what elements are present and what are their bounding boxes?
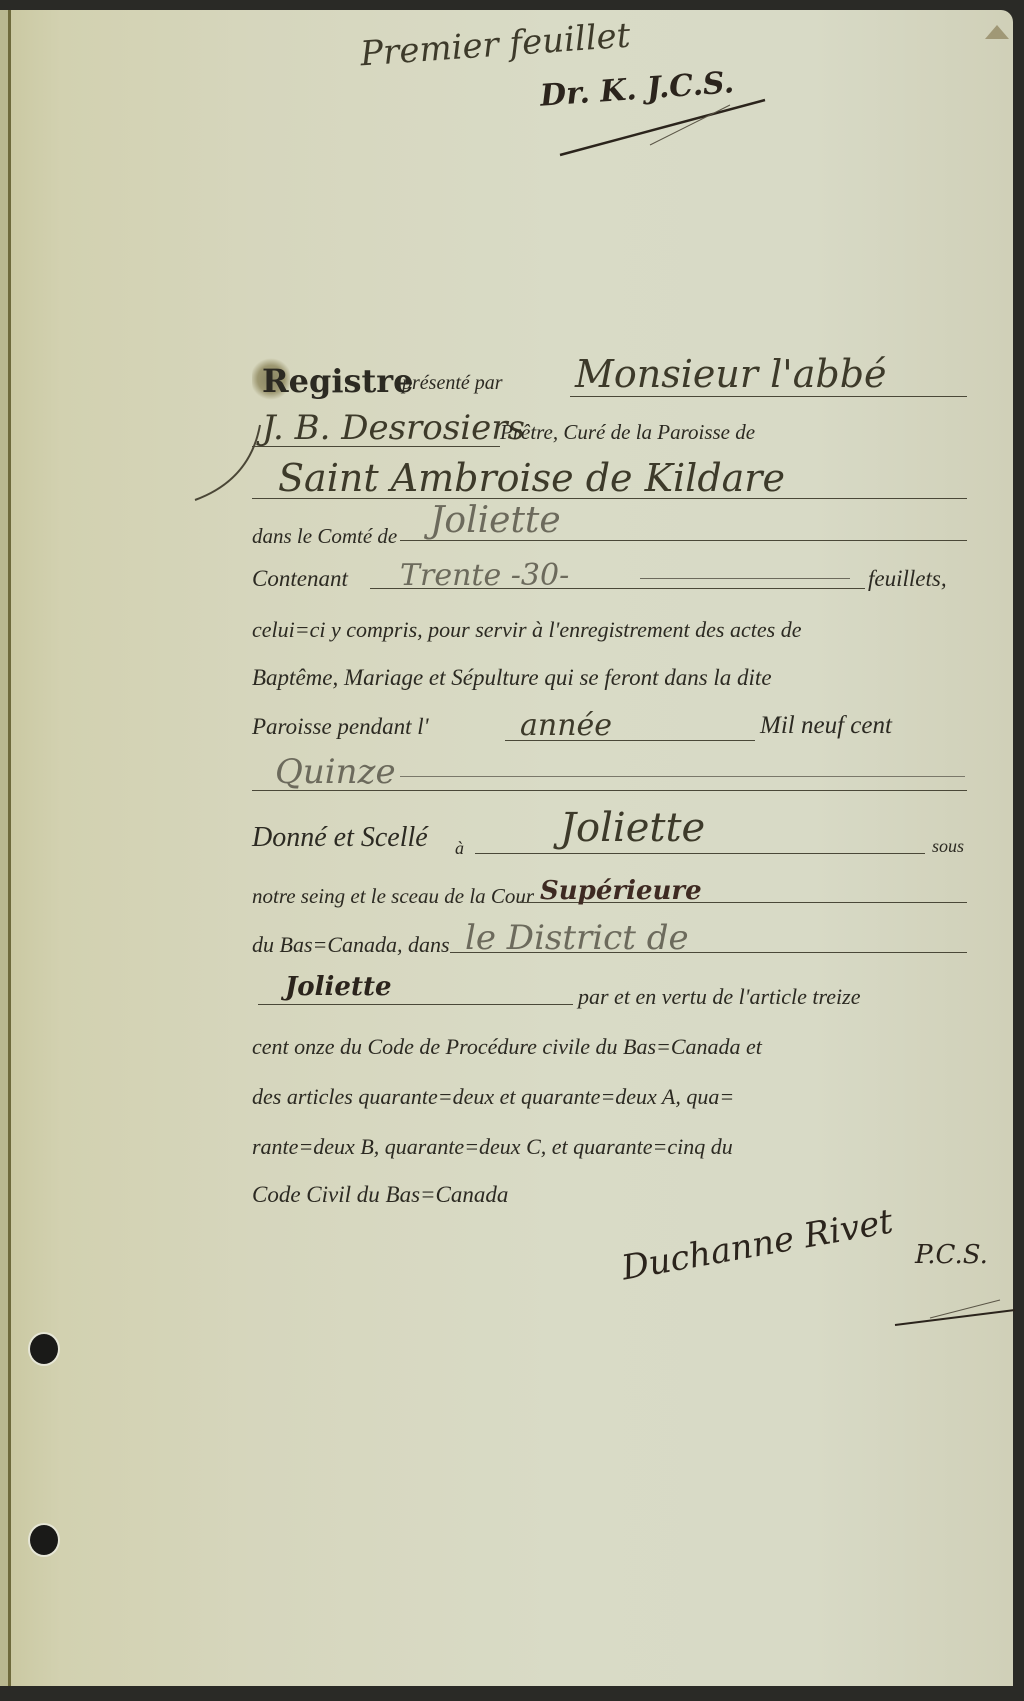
printed-par-et-en-vertu: par et en vertu de l'article treize	[578, 984, 860, 1010]
filled-location: Joliette	[560, 805, 705, 851]
printed-feuillets: feuillets,	[868, 566, 947, 592]
register-page	[0, 10, 1013, 1686]
filled-county: Joliette	[430, 500, 561, 541]
filled-priest-name: J. B. Desrosiers	[262, 408, 525, 448]
punch-hole-icon	[30, 1334, 58, 1364]
binding-strip	[0, 10, 8, 1686]
filler-stroke	[640, 578, 850, 579]
printed-paroisse-pendant: Paroisse pendant l'	[252, 714, 429, 740]
corner-fold-mark	[985, 25, 1009, 39]
header-underline-stroke	[550, 90, 770, 160]
filled-annee: année	[520, 708, 612, 743]
filled-district: le District de	[465, 918, 689, 958]
printed-pretre-cure: Prêtre, Curé de la Paroisse de	[500, 420, 755, 445]
printed-notre-seing: notre seing et le sceau de la Cour	[252, 884, 534, 909]
flourish-stroke	[190, 420, 290, 520]
printed-line-rante-deux: rante=deux B, quarante=deux C, et quaran…	[252, 1134, 733, 1160]
printed-contenant: Contenant	[252, 566, 348, 592]
fill-line	[570, 396, 967, 397]
filled-district-name: Joliette	[285, 972, 392, 1002]
printed-presente-par: présenté par	[402, 372, 503, 395]
filled-year: Quinze	[275, 752, 396, 792]
binding-edge	[8, 10, 11, 1686]
filled-sheet-count: Trente -30-	[400, 558, 569, 593]
printed-line-des-articles: des articles quarante=deux et quarante=d…	[252, 1084, 734, 1110]
printed-donne-et-scelle: Donné et Scellé	[252, 822, 428, 854]
registre-heading: Registre	[262, 362, 414, 400]
signature-title: P.C.S.	[915, 1240, 988, 1270]
filled-monsieur-labbe: Monsieur l'abbé	[575, 352, 887, 396]
printed-mil-neuf-cent: Mil neuf cent	[760, 712, 892, 740]
filled-parish-name: Saint Ambroise de Kildare	[278, 456, 785, 500]
punch-hole-icon	[30, 1525, 58, 1555]
printed-line-code-civil: Code Civil du Bas=Canada	[252, 1182, 508, 1208]
printed-line-cent-onze: cent onze du Code de Procédure civile du…	[252, 1034, 762, 1060]
printed-du-bas-canada: du Bas=Canada, dans	[252, 932, 450, 958]
printed-sous: sous	[932, 836, 964, 857]
printed-line-bapteme: Baptême, Mariage et Sépulture qui se fer…	[252, 665, 772, 691]
filled-court: Supérieure	[540, 876, 702, 906]
fill-line	[475, 853, 925, 854]
printed-dans-le-comte: dans le Comté de	[252, 524, 397, 549]
printed-a: à	[455, 838, 464, 859]
printed-line-celui-ci: celui=ci y compris, pour servir à l'enre…	[252, 617, 801, 643]
fill-line	[258, 1004, 573, 1005]
signature-underline-stroke	[890, 1270, 1020, 1330]
filler-stroke	[400, 776, 965, 777]
